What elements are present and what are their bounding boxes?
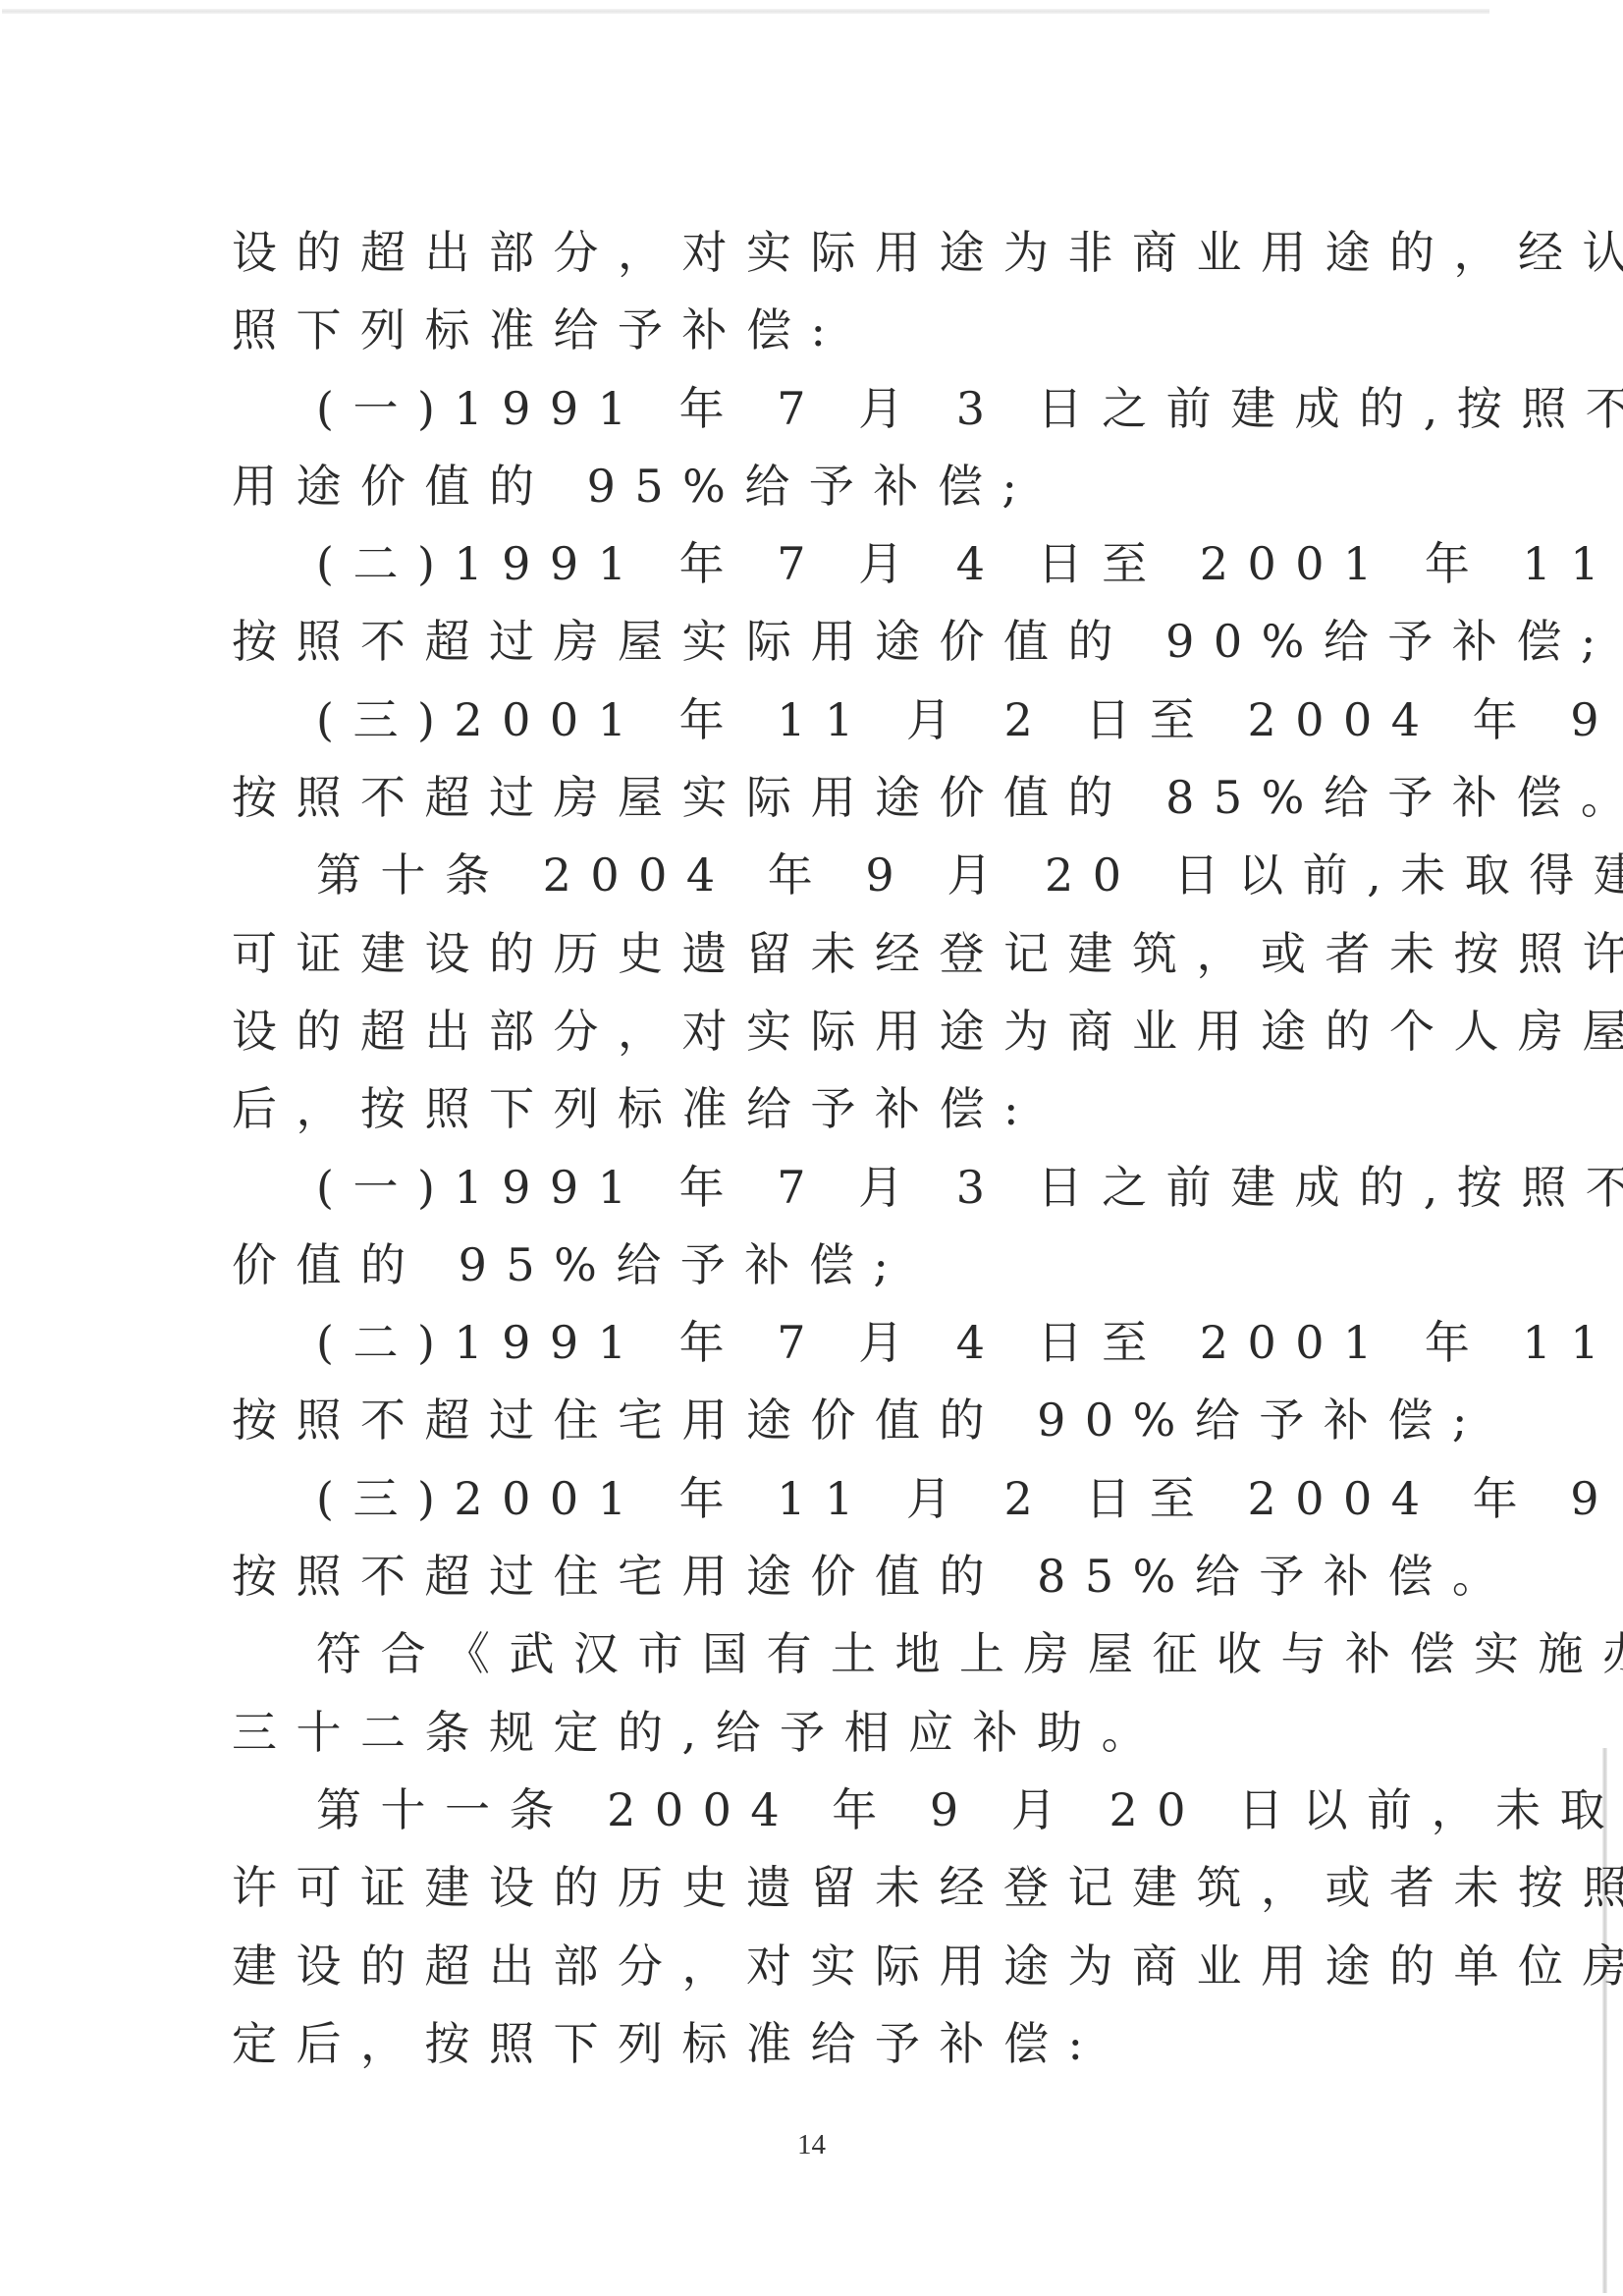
document-body: 设的超出部分，对实际用途为非商业用途的，经认定后，按 照下列标准给予补偿: (一… bbox=[232, 214, 1371, 2083]
text-line: 按照不超过房屋实际用途价值的 90%给予补偿; bbox=[232, 603, 1371, 681]
scan-top-edge bbox=[2, 9, 1489, 14]
text-line: 用途价值的 95%给予补偿; bbox=[232, 448, 1371, 525]
clause-item: (二)1991 年 7 月 4 日至 2001 年 11 月 1 日期间建成的, bbox=[232, 1304, 1371, 1382]
page-number: 14 bbox=[0, 2129, 1623, 2161]
text-line: 按照不超过住宅用途价值的 90%给予补偿; bbox=[232, 1382, 1371, 1459]
text-line: 设的超出部分，对实际用途为商业用途的个人房屋，经认定 bbox=[232, 993, 1371, 1070]
text-line: 许可证建设的历史遗留未经登记建筑，或者未按照许可内容 bbox=[232, 1849, 1371, 1927]
text-line: 后，按照下列标准给予补偿: bbox=[232, 1070, 1371, 1148]
subsidy-paragraph: 符合《武汉市国有土地上房屋征收与补偿实施办法》第 bbox=[232, 1615, 1371, 1693]
text-line: 按照不超过住宅用途价值的 85%给予补偿。 bbox=[232, 1538, 1371, 1615]
clause-item: (三)2001 年 11 月 2 日至 2004 年 9 月 20 日期间建成的… bbox=[232, 682, 1371, 759]
text-line: 定后，按照下列标准给予补偿: bbox=[232, 2005, 1371, 2083]
text-line: 可证建设的历史遗留未经登记建筑，或者未按照许可内容建 bbox=[232, 915, 1371, 993]
text-line: 价值的 95%给予补偿; bbox=[232, 1227, 1371, 1304]
text-line: 建设的超出部分，对实际用途为商业用途的单位房屋，经认 bbox=[232, 1928, 1371, 2005]
clause-item: (一)1991 年 7 月 3 日之前建成的,按照不超过房屋实际 bbox=[232, 370, 1371, 448]
clause-item: (二)1991 年 7 月 4 日至 2001 年 11 月 1 日期间建成的, bbox=[232, 525, 1371, 603]
text-line: 设的超出部分，对实际用途为非商业用途的，经认定后，按 bbox=[232, 214, 1371, 292]
clause-item: (一)1991 年 7 月 3 日之前建成的,按照不超过住宅用途 bbox=[232, 1149, 1371, 1227]
article-10-heading: 第十条 2004 年 9 月 20 日以前,未取得建设工程规划许 bbox=[232, 837, 1371, 914]
clause-item: (三)2001 年 11 月 2 日至 2004 年 9 月 20 日期间建成的… bbox=[232, 1460, 1371, 1538]
text-line: 照下列标准给予补偿: bbox=[232, 292, 1371, 369]
article-11-heading: 第十一条 2004 年 9 月 20 日以前，未取得建设工程规划 bbox=[232, 1772, 1371, 1849]
text-line: 三十二条规定的,给予相应补助。 bbox=[232, 1694, 1371, 1772]
text-line: 按照不超过房屋实际用途价值的 85%给予补偿。 bbox=[232, 759, 1371, 837]
